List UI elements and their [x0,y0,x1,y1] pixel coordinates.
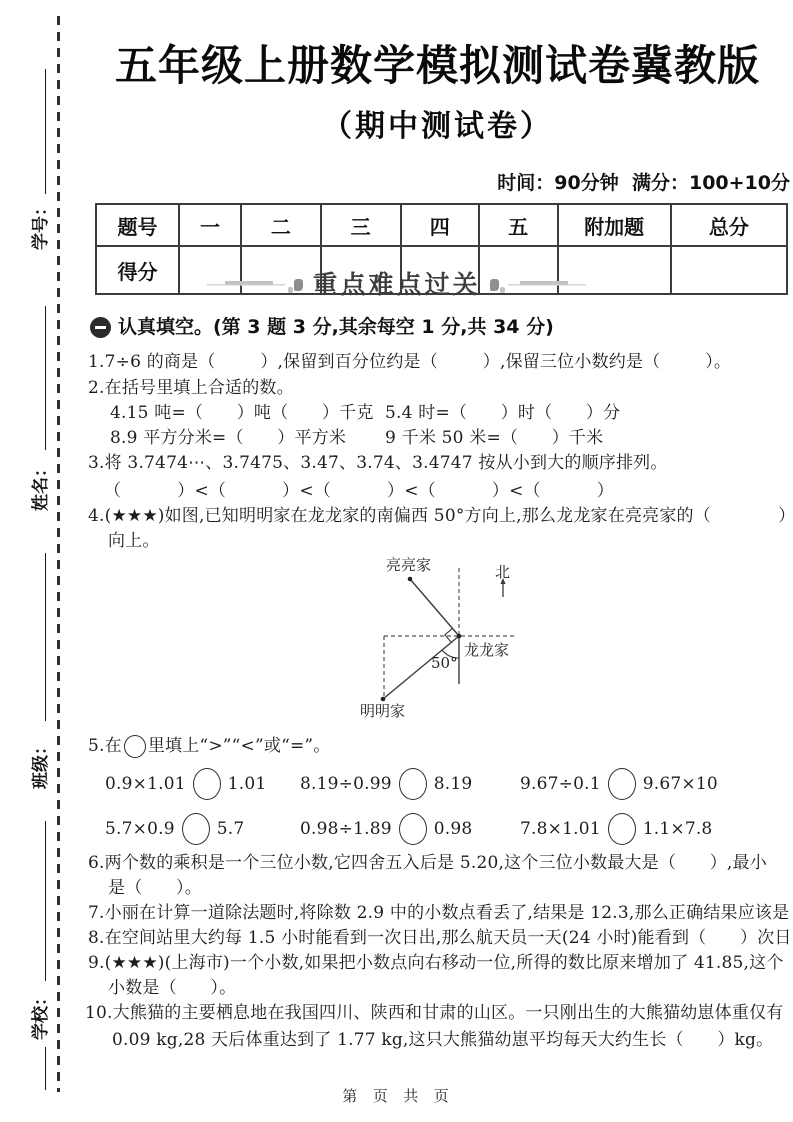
comparison-circle [399,813,427,845]
comparison-left: 5.7×0.9 [105,819,175,839]
comparison-circle [608,813,636,845]
circle-one-icon [90,317,111,338]
question-2: 2.在括号里填上合适的数。 [88,378,294,399]
exam-info: 时间：90分钟 满分：100+10分 [85,172,790,196]
comparison-right: 9.67×10 [643,774,718,794]
score-header-cell: 附加题 [558,204,671,246]
question-7: 7.小丽在计算一道除法题时,将除数 2.9 中的小数点看丢了,结果是 12.3,… [88,903,793,924]
question-10-line1: 10.大熊猫的主要栖息地在我国四川、陕西和甘肃的山区。一只刚出生的大熊猫幼崽体重… [85,1003,783,1024]
section-1-heading: 认真填空。(第 3 题 3 分,其余每空 1 分,共 34 分) [90,316,554,340]
liangliang-home-label: 亮亮家 [386,556,431,574]
page-footer: 第 页 共 页 [0,1087,793,1106]
question-2-blank-a1: 4.15 吨=（ ）吨（ ）千克 [110,403,374,424]
comparison-item: 8.19÷0.99 8.19 [300,768,472,800]
banner-ornament-icon [490,279,499,291]
question-1: 1.7÷6 的商是（ ）,保留到百分位约是（ ）,保留三位小数约是（ ）。 [88,352,731,373]
question-4-direction-diagram: 亮亮家 北 龙龙家 明明家 50° [340,551,640,729]
page-subtitle: （期中测试卷） [85,108,790,146]
banner-ornament-icon [294,279,303,291]
score-header-cell: 题号 [96,204,179,246]
sidebar-label-name: 姓名： [26,460,51,511]
question-5-text-post: 里填上“>”“<”或“=”。 [148,736,331,757]
angle-50-label: 50° [431,654,458,672]
liangliang-point [408,577,413,582]
score-header-cell: 总分 [671,204,787,246]
question-5: 5.在 里填上“>”“<”或“=”。 [88,735,331,758]
question-6-line2: 是（ ）。 [108,878,202,899]
question-9-line2: 小数是（ ）。 [108,978,236,999]
banner: 重点难点过关 [0,269,793,300]
comparison-circle [399,768,427,800]
question-2-blank-a2: 5.4 时=（ ）时（ ）分 [385,403,620,424]
longlong-home-label: 龙龙家 [464,641,509,659]
comparison-left: 8.19÷0.99 [300,774,392,794]
comparison-left: 0.9×1.01 [105,774,186,794]
comparison-right: 5.7 [217,819,245,839]
question-4-line1: 4.(★★★)如图,已知明明家在龙龙家的南偏西 50°方向上,那么龙龙家在亮亮家… [88,506,793,527]
comparison-circle [608,768,636,800]
comparison-item: 0.9×1.01 1.01 [105,768,266,800]
question-2-blank-b2: 9 千米 50 米=（ ）千米 [385,428,603,449]
question-8: 8.在空间站里大约每 1.5 小时能看到一次日出,那么航天员一天(24 小时)能… [88,928,793,949]
comparison-circle [182,813,210,845]
banner-left-ornament-icon [207,278,285,292]
write-line [30,821,46,981]
comparison-item: 7.8×1.01 1.1×7.8 [520,813,712,845]
comparison-right: 0.98 [434,819,473,839]
sidebar-label-class: 班级： [26,738,51,789]
mingming-home-label: 明明家 [360,702,405,720]
write-line [30,553,46,721]
line-to-liangliang [410,579,459,636]
comparison-circle [124,735,146,758]
score-header-cell: 二 [241,204,320,246]
comparison-item: 9.67÷0.1 9.67×10 [520,768,718,800]
section-1-title: 认真填空。(第 3 题 3 分,其余每空 1 分,共 34 分) [118,316,554,340]
question-10-line2: 0.09 kg,28 天后体重达到了 1.77 kg,这只大熊猫幼崽平均每天大约… [112,1030,773,1051]
comparison-left: 7.8×1.01 [520,819,601,839]
question-5-text-pre: 5.在 [88,736,122,757]
banner-right-ornament-icon [508,278,586,292]
question-3-answer-line: （ ）<（ ）<（ ）<（ ）<（ ） [104,481,614,502]
score-header-cell: 五 [479,204,558,246]
comparison-circle [193,768,221,800]
sidebar-label-student-no: 学号： [26,199,51,250]
comparison-right: 1.1×7.8 [643,819,713,839]
banner-title: 重点难点过关 [312,269,480,300]
score-header-cell: 一 [179,204,241,246]
write-line [30,1047,46,1090]
page-title: 五年级上册数学模拟测试卷冀教版 [85,40,790,93]
sidebar: 学校： 班级： 姓名： 学号： [16,85,60,1090]
comparison-item: 0.98÷1.89 0.98 [300,813,472,845]
longlong-point [457,634,462,639]
comparison-left: 9.67÷0.1 [520,774,601,794]
write-line [30,306,46,450]
sidebar-label-school: 学校： [26,989,51,1040]
score-header-cell: 三 [321,204,401,246]
question-6-line1: 6.两个数的乘积是一个三位小数,它四舍五入后是 5.20,这个三位小数最大是（ … [88,853,767,874]
mingming-point [381,697,386,702]
question-2-blank-b1: 8.9 平方分米=（ ）平方米 [110,428,346,449]
comparison-left: 0.98÷1.89 [300,819,392,839]
question-4-line2: 向上。 [108,531,160,552]
comparison-right: 1.01 [228,774,267,794]
north-label: 北 [495,563,510,581]
comparison-item: 5.7×0.9 5.7 [105,813,244,845]
write-line [30,69,46,194]
question-9-line1: 9.(★★★)(上海市)一个小数,如果把小数点向右移动一位,所得的数比原来增加了… [88,953,784,974]
comparison-right: 8.19 [434,774,473,794]
question-3: 3.将 3.7474⋯、3.7475、3.4̇7̇、3.74、3.4747 按从… [88,453,668,474]
score-header-cell: 四 [401,204,479,246]
